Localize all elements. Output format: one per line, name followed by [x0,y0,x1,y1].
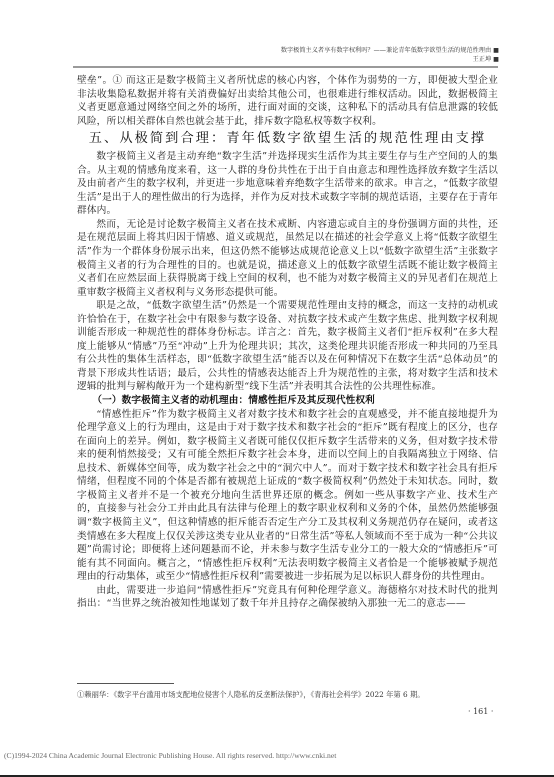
copyright-notice: (C)1994-2024 China Academic Journal Elec… [0,751,554,760]
paragraph: 数字极简主义者是主动弃绝“数字生活”并选择现实生活作为其主要生存与生产空间的人的… [77,150,498,218]
paragraph: 职是之故，“低数字欲望生活”仍然是一个需要规范性理由支持的概念，而这一支持的动机… [77,299,498,394]
article-body: 壁垒”。① 而这正是数字极简主义者所忧虑的核心内容，个体作为弱势的一方，即便被大… [77,74,498,611]
running-head-author: 王正坤 ■ [281,56,499,65]
header-rule [73,66,498,68]
running-head-title: 数字极简主义者享有数字权利吗？——兼论青年低数字欲望生活的规范性理由 ■ [281,47,499,56]
section-heading: 五、从极简到合理：青年低数字欲望生活的规范性理由支撑 [77,130,498,147]
page-number: · 161 · [468,707,493,716]
paragraph-continued: 壁垒”。① 而这正是数字极简主义者所忧虑的核心内容，个体作为弱势的一方，即便被大… [77,74,498,128]
paragraph: “情感性拒斥”作为数字极简主义者对数字技术和数字社会的直观感受，并不能直接地提升… [77,408,498,584]
paragraph: 由此，需要进一步追问“情感性拒斥”究竟具有何种伦理学意义。海德格尔对技术时代的批… [77,584,498,611]
running-head: 数字极简主义者享有数字权利吗？——兼论青年低数字欲望生活的规范性理由 ■ 王正坤… [281,47,499,64]
subsection-heading: （一）数字极简主义者的动机理由：情感性拒斥及其反现代性权利 [77,394,498,408]
footnote-rule [77,683,174,684]
footnote: ①赖丽华：《数字平台滥用市场支配地位侵害个人隐私的反垄断法保护》，《青海社会科学… [77,690,498,700]
journal-page: 数字极简主义者享有数字权利吗？——兼论青年低数字欲望生活的规范性理由 ■ 王正坤… [0,0,554,777]
paragraph: 然而，无论是讨论数字极简主义者在技术戒断、内容遗忘或自主的身份强调方面的共性，还… [77,218,498,299]
